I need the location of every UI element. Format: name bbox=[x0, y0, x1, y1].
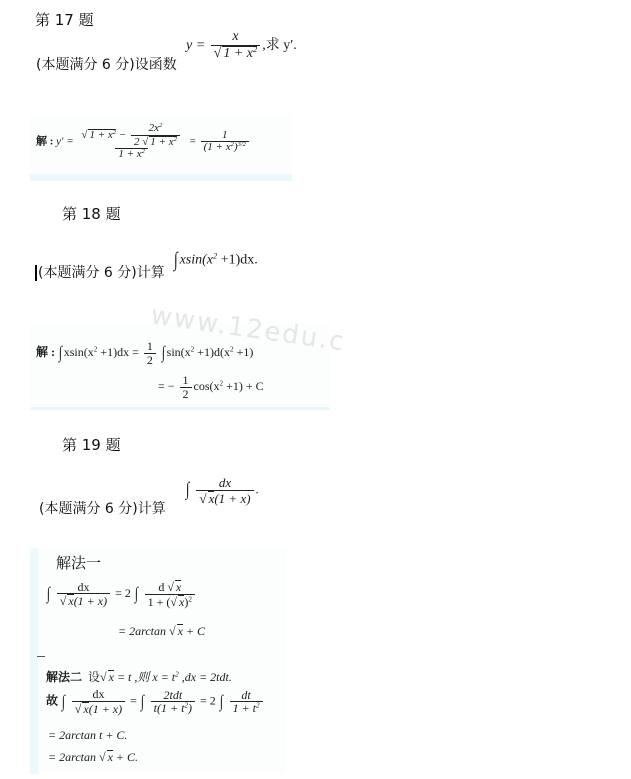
rhs-fraction: d √x 1 + (√x)2 bbox=[145, 580, 195, 608]
inner-coef: 2 bbox=[134, 136, 140, 148]
fraction-denominator: √x(1 + x) bbox=[57, 593, 110, 608]
method-1-label: 解法一 bbox=[56, 552, 101, 573]
problem-17-prompt: (本题满分 6 分)设函数 bbox=[36, 54, 177, 74]
sqrt-icon: √ bbox=[99, 750, 106, 764]
rhs-body: cos(x bbox=[194, 379, 220, 393]
method-2-label: 解法二 bbox=[46, 670, 82, 684]
power: 3/2 bbox=[238, 141, 246, 148]
problem-17-statement: y = x √1 + x2 ,求 y′. bbox=[186, 30, 297, 61]
line-tail: + C. bbox=[113, 750, 138, 764]
problem-18-solution-line-2: = − 1 2 cos(x2 +1) + C bbox=[158, 374, 264, 400]
problem-19-prompt: (本题满分 6 分)计算 bbox=[39, 498, 166, 518]
integral-icon: ∫ bbox=[62, 693, 65, 710]
exponent: 2 bbox=[253, 45, 257, 54]
line-body: = 2arctan bbox=[48, 750, 99, 764]
statement-tail: +1)dx. bbox=[217, 252, 258, 267]
rhs-body: sin(x bbox=[167, 345, 191, 359]
integral-icon: ∫ bbox=[47, 585, 50, 602]
rhs-tail: +1) + C bbox=[223, 379, 264, 393]
big-denominator: 1 + x2 bbox=[115, 148, 148, 161]
den-tail: (1 + x) bbox=[89, 702, 122, 716]
method-1-line-2: = 2arctan √x + C bbox=[118, 624, 205, 639]
problem-18-solution-line-1: 解 : ∫xsin(x2 +1)dx = 1 2 ∫sin(x2 +1)d(x2… bbox=[36, 340, 253, 366]
fraction-denominator: √1 + x2 bbox=[211, 45, 261, 62]
mid-fraction: 2tdt t(1 + t2) bbox=[151, 689, 195, 715]
integrand: xsin(x bbox=[180, 252, 213, 267]
exponent: 2 bbox=[142, 148, 145, 155]
equals-sign: = bbox=[130, 693, 137, 707]
den-body: 1 + x bbox=[118, 148, 141, 160]
problem-17-solution-box: 解 : y′ = √1 + x2 − 2x2 2 √1 + x2 1 + x2 … bbox=[30, 115, 292, 181]
method-2-line-4: = 2arctan √x + C. bbox=[48, 750, 138, 765]
problem-19-statement: ∫ dx √x(1 + x) . bbox=[185, 476, 259, 505]
statement-fraction: dx √x(1 + x) bbox=[196, 476, 253, 505]
line-tail: + C bbox=[183, 624, 205, 638]
equals-sign: = bbox=[132, 345, 139, 359]
fraction-numerator: 1 bbox=[144, 340, 156, 353]
equals-two: = 2 bbox=[115, 586, 131, 600]
substitution-tail: ,dx = 2tdt. bbox=[179, 670, 232, 684]
den-body: 1 + ( bbox=[148, 595, 171, 609]
sqrt-icon: √ bbox=[170, 595, 177, 609]
exponent: 2 bbox=[159, 122, 162, 129]
fraction-denominator: 2 bbox=[180, 387, 192, 401]
lhs-fraction: dx √x(1 + x) bbox=[72, 688, 125, 715]
solution-band bbox=[30, 407, 330, 410]
let-prefix: 设 bbox=[88, 670, 100, 684]
problem-17-heading: 第 17 题 bbox=[35, 9, 94, 30]
problem-18-statement: ∫xsin(x2 +1)dx. bbox=[173, 250, 258, 270]
solution-label: 解 : bbox=[36, 345, 55, 359]
statement-tail: ,求 y′. bbox=[262, 38, 297, 53]
rhs-mid: +1)d(x bbox=[194, 345, 230, 359]
equals-two: = 2 bbox=[200, 693, 216, 707]
statement-lhs: y = bbox=[186, 38, 205, 53]
solution-label: 解 : bbox=[36, 135, 53, 147]
sqrt-icon: √ bbox=[167, 580, 174, 594]
equals-sign: = bbox=[190, 135, 196, 147]
integral-icon: ∫ bbox=[135, 585, 138, 602]
substitution-mid: = t ,则 x = t bbox=[114, 670, 175, 684]
integral-icon: ∫ bbox=[220, 693, 223, 710]
lhs-fraction: dx √x(1 + x) bbox=[57, 581, 110, 608]
half-fraction: 1 2 bbox=[180, 374, 192, 400]
result-fraction: 1 (1 + x2)3/2 bbox=[201, 130, 249, 154]
line-body: = 2arctan bbox=[118, 624, 169, 638]
integral-icon: ∫ bbox=[59, 344, 62, 361]
exponent: 2 bbox=[188, 595, 192, 603]
sqrt-icon: √ bbox=[75, 702, 82, 716]
therefore-label: 故 bbox=[46, 693, 58, 707]
problem-17-solution: 解 : y′ = √1 + x2 − 2x2 2 √1 + x2 1 + x2 … bbox=[36, 123, 251, 161]
inner-numerator: 2x bbox=[149, 122, 159, 134]
solution-lhs: y′ = bbox=[56, 135, 73, 147]
result-denominator: (1 + x2)3/2 bbox=[201, 141, 249, 154]
fraction-denominator: √x(1 + x) bbox=[72, 701, 125, 716]
fraction-numerator: dx bbox=[216, 476, 234, 490]
rhs-tail: +1) bbox=[234, 345, 254, 359]
close-paren: ) bbox=[188, 701, 192, 715]
result-numerator: 1 bbox=[219, 130, 231, 142]
fraction-numerator: dx bbox=[89, 688, 107, 701]
divider-mark bbox=[37, 656, 45, 657]
solution-band bbox=[30, 174, 292, 181]
solution-band bbox=[30, 548, 38, 774]
den-tail: (1 + x) bbox=[74, 594, 107, 608]
fraction-numerator: 1 bbox=[180, 374, 192, 387]
sqrt-body: 1 + x bbox=[150, 136, 173, 148]
exponent: 2 bbox=[174, 136, 177, 143]
fraction-denominator: √x(1 + x) bbox=[196, 490, 253, 506]
rhs-fraction: dt 1 + t2 bbox=[230, 689, 263, 715]
equals-minus: = − bbox=[158, 379, 175, 393]
method-2-line-2: 故 ∫ dx √x(1 + x) = ∫ 2tdt t(1 + t2) = 2 … bbox=[46, 688, 265, 715]
integral-icon: ∫ bbox=[174, 250, 178, 270]
problem-18-prompt-row: (本题满分 6 分)计算 bbox=[35, 262, 165, 282]
den-body: t(1 + t bbox=[154, 701, 185, 715]
fraction-numerator: x bbox=[229, 30, 241, 45]
fraction-numerator: dt bbox=[238, 689, 253, 702]
method-1-line-1: ∫ dx √x(1 + x) = 2 ∫ d √x 1 + (√x)2 bbox=[46, 580, 197, 608]
text-cursor bbox=[35, 265, 37, 281]
sqrt-icon: √ bbox=[142, 136, 148, 148]
inner-fraction: 2x2 2 √1 + x2 bbox=[131, 123, 180, 148]
big-numerator: √1 + x2 − 2x2 2 √1 + x2 bbox=[78, 123, 185, 148]
statement-fraction: x √1 + x2 bbox=[211, 30, 261, 61]
problem-18-prompt: (本题满分 6 分)计算 bbox=[38, 265, 165, 281]
sqrt-icon: √ bbox=[60, 594, 67, 608]
integral-icon: ∫ bbox=[141, 693, 144, 710]
problem-18-solution-box: www.12edu.c 解 : ∫xsin(x2 +1)dx = 1 2 ∫si… bbox=[30, 322, 330, 410]
sqrt-body: 1 + x bbox=[89, 129, 112, 141]
fraction-denominator: 2 bbox=[144, 353, 156, 367]
statement-tail: . bbox=[256, 482, 259, 497]
fraction-numerator: dx bbox=[74, 581, 92, 594]
exponent: 2 bbox=[256, 702, 260, 710]
den-body: 1 + t bbox=[233, 701, 256, 715]
sqrt-icon: √ bbox=[81, 129, 87, 141]
differential: d bbox=[158, 580, 164, 594]
den-body: (1 + x bbox=[204, 141, 231, 153]
sqrt-icon: √ bbox=[100, 670, 107, 684]
sqrt-icon: √ bbox=[214, 46, 222, 61]
sqrt-body: 1 + x bbox=[223, 46, 253, 61]
sqrt-icon: √ bbox=[199, 491, 206, 506]
sqrt-body: x bbox=[175, 580, 181, 594]
solution-big-fraction: √1 + x2 − 2x2 2 √1 + x2 1 + x2 bbox=[78, 123, 185, 161]
problem-19-solution-box: 解法一 ∫ dx √x(1 + x) = 2 ∫ d √x 1 + (√x)2 … bbox=[30, 548, 286, 774]
half-fraction: 1 2 bbox=[144, 340, 156, 366]
minus-sign: − bbox=[119, 129, 126, 141]
integral-icon: ∫ bbox=[186, 481, 190, 500]
den-tail: (1 + x) bbox=[214, 491, 250, 506]
problem-18-heading: 第 18 题 bbox=[62, 203, 121, 224]
sqrt-icon: √ bbox=[169, 624, 176, 638]
method-2-line-1: 解法二 设√x = t ,则 x = t2 ,dx = 2tdt. bbox=[46, 668, 232, 685]
fraction-numerator: 2tdt bbox=[161, 689, 186, 702]
integral-icon: ∫ bbox=[162, 344, 165, 361]
exponent: 2 bbox=[113, 129, 116, 136]
method-2-line-3: = 2arctan t + C. bbox=[48, 728, 127, 743]
lhs-tail: +1)dx bbox=[97, 345, 129, 359]
problem-19-heading: 第 19 题 bbox=[62, 434, 121, 455]
lhs-body: xsin(x bbox=[64, 345, 94, 359]
